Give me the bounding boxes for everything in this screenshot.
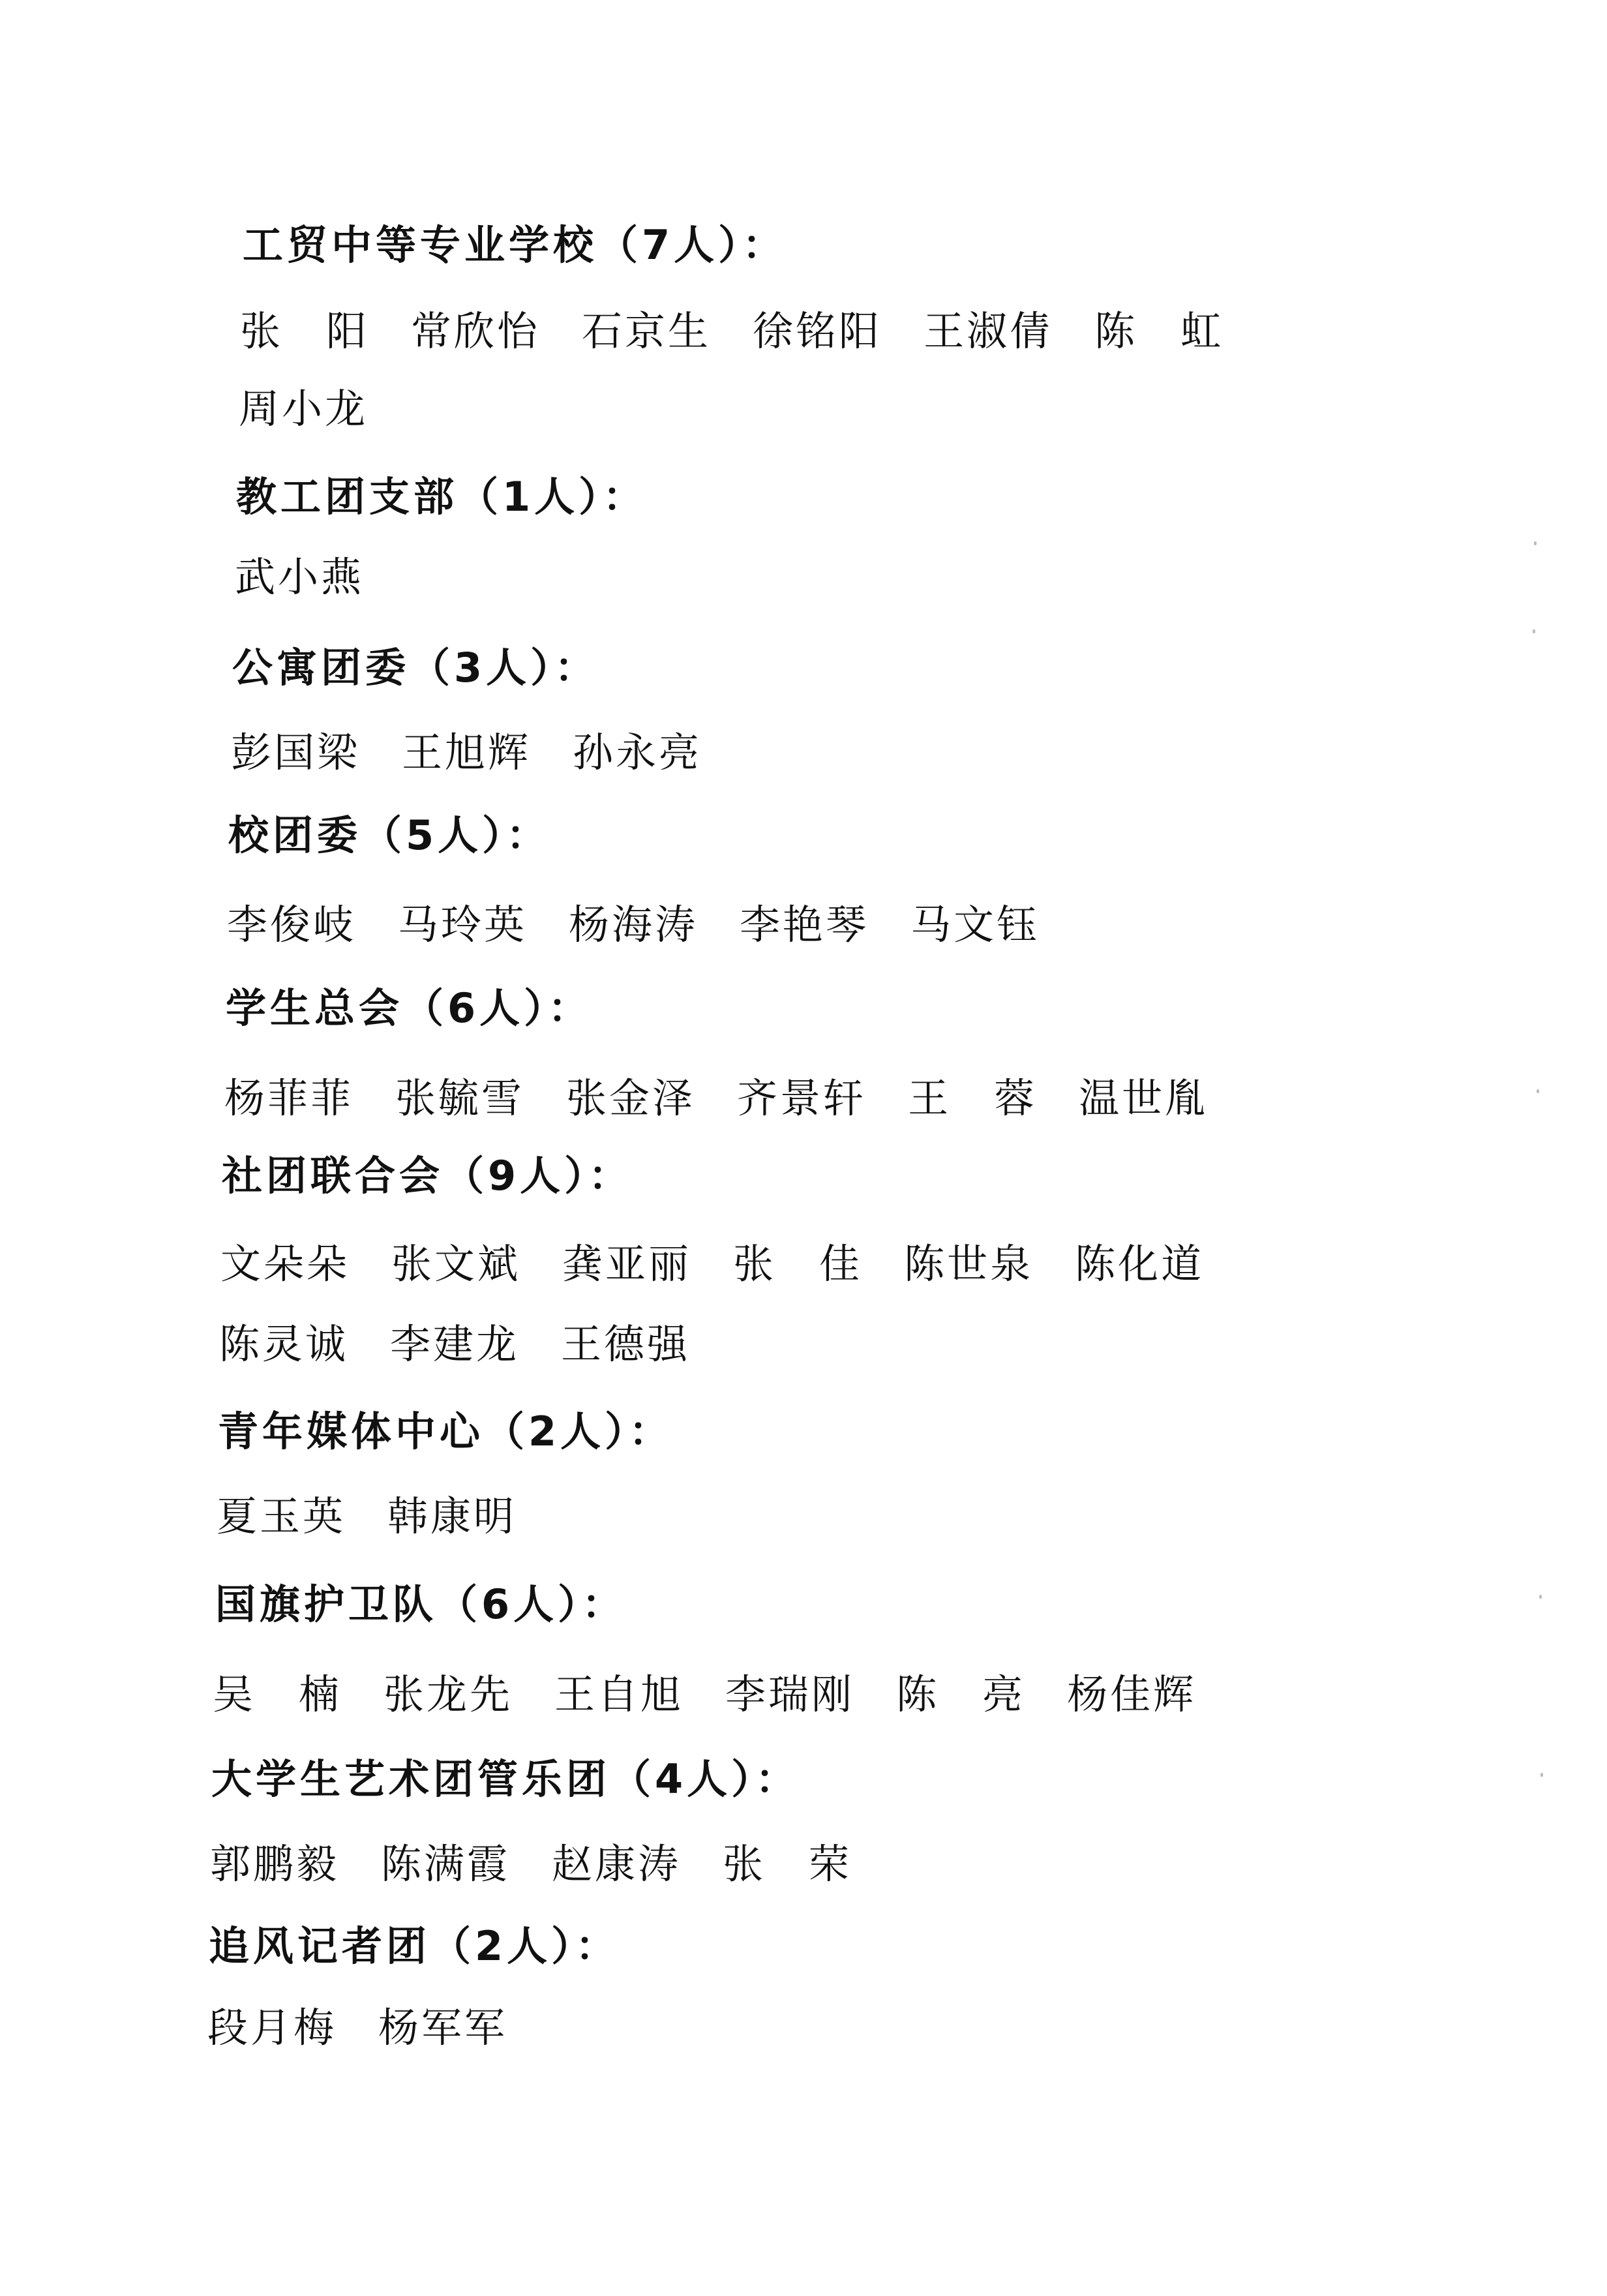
- person-name: 陈灵诚: [219, 1318, 348, 1370]
- person-name: 陈世泉: [904, 1238, 1033, 1290]
- person-name: 常欣怡: [411, 305, 540, 357]
- section-heading: 工贸中等专业学校（7人）：: [243, 219, 787, 271]
- person-name: 王德强: [561, 1318, 690, 1370]
- person-name: 杨军军: [378, 2002, 507, 2054]
- section-heading: 公寓团委（3人）：: [232, 642, 599, 694]
- person-name: 杨佳辉: [1067, 1669, 1196, 1721]
- person-name: 王旭辉: [402, 727, 531, 779]
- scan-speck: [1539, 1595, 1542, 1599]
- person-name: 郭鹏毅: [210, 1838, 339, 1890]
- document-page: 工贸中等专业学校（7人）： 张 阳常欣怡石京生徐铭阳王淑倩陈 虹 周小龙 教工团…: [0, 0, 1607, 2296]
- person-name: 周小龙: [239, 383, 368, 435]
- name-list: 张 阳常欣怡石京生徐铭阳王淑倩陈 虹: [240, 305, 1224, 357]
- name-list: 夏玉英韩康明: [217, 1490, 517, 1543]
- name-list: 吴 楠张龙先王自旭李瑞刚陈 亮杨佳辉: [213, 1669, 1196, 1721]
- person-name: 龚亚丽: [562, 1238, 691, 1290]
- section-heading: 青年媒体中心（2人）：: [218, 1406, 673, 1458]
- name-list: 段月梅杨军军: [207, 2002, 507, 2054]
- person-name: 夏玉英: [217, 1490, 346, 1543]
- name-list: 陈灵诚李建龙王德强: [219, 1318, 690, 1370]
- person-name: 马文钰: [910, 899, 1040, 951]
- person-name: 段月梅: [207, 2002, 337, 2054]
- person-name: 武小燕: [235, 551, 364, 603]
- person-name: 陈 虹: [1094, 305, 1224, 357]
- scan-speck: [1534, 541, 1537, 545]
- person-name: 韩康明: [387, 1490, 517, 1543]
- section-heading: 国旗护卫队（6人）：: [215, 1578, 626, 1631]
- person-name: 李艳琴: [740, 899, 869, 951]
- person-name: 孙永亮: [573, 727, 702, 779]
- name-list: 文朵朵张文斌龚亚丽张 佳陈世泉陈化道: [220, 1238, 1204, 1290]
- person-name: 文朵朵: [220, 1238, 350, 1290]
- person-name: 马玲英: [398, 899, 527, 951]
- person-name: 徐铭阳: [753, 305, 882, 357]
- person-name: 杨菲菲: [224, 1072, 353, 1125]
- name-list: 郭鹏毅陈满霞赵康涛张 荣: [210, 1838, 852, 1890]
- person-name: 杨海涛: [569, 899, 698, 951]
- name-list: 杨菲菲张毓雪张金泽齐景轩王 蓉温世胤: [224, 1072, 1208, 1125]
- section-heading: 学生总会（6人）：: [226, 982, 592, 1035]
- name-list: 李俊岐马玲英杨海涛李艳琴马文钰: [227, 899, 1040, 951]
- name-list: 彭国梁王旭辉孙永亮: [231, 727, 702, 779]
- scan-speck: [1537, 1089, 1539, 1093]
- person-name: 石京生: [582, 305, 711, 357]
- section-heading: 校团委（5人）：: [228, 809, 550, 862]
- person-name: 陈 亮: [896, 1669, 1025, 1721]
- person-name: 张文斌: [391, 1238, 520, 1290]
- person-name: 王淑倩: [924, 305, 1053, 357]
- person-name: 温世胤: [1079, 1072, 1208, 1125]
- name-list: 周小龙: [239, 383, 368, 435]
- person-name: 齐景轩: [737, 1072, 866, 1125]
- person-name: 吴 楠: [213, 1669, 342, 1721]
- person-name: 陈化道: [1075, 1238, 1204, 1290]
- scan-speck: [1540, 1773, 1543, 1777]
- section-heading: 社团联合会（9人）：: [222, 1150, 633, 1202]
- person-name: 李建龙: [390, 1318, 519, 1370]
- person-name: 张龙先: [383, 1669, 513, 1721]
- person-name: 李俊岐: [227, 899, 356, 951]
- person-name: 张毓雪: [395, 1072, 524, 1125]
- person-name: 赵康涛: [552, 1838, 681, 1890]
- section-heading: 教工团支部（1人）：: [236, 471, 647, 523]
- person-name: 张 荣: [723, 1838, 852, 1890]
- scan-speck: [1533, 629, 1535, 633]
- person-name: 彭国梁: [231, 727, 360, 779]
- person-name: 李瑞刚: [725, 1669, 854, 1721]
- section-heading: 追风记者团（2人）：: [209, 1920, 620, 1972]
- person-name: 张金泽: [566, 1072, 695, 1125]
- person-name: 张 阳: [240, 305, 369, 357]
- person-name: 陈满霞: [381, 1838, 510, 1890]
- person-name: 张 佳: [733, 1238, 862, 1290]
- section-heading: 大学生艺术团管乐团（4人）：: [211, 1753, 800, 1805]
- person-name: 王 蓉: [908, 1072, 1037, 1125]
- person-name: 王自旭: [554, 1669, 683, 1721]
- name-list: 武小燕: [235, 551, 364, 603]
